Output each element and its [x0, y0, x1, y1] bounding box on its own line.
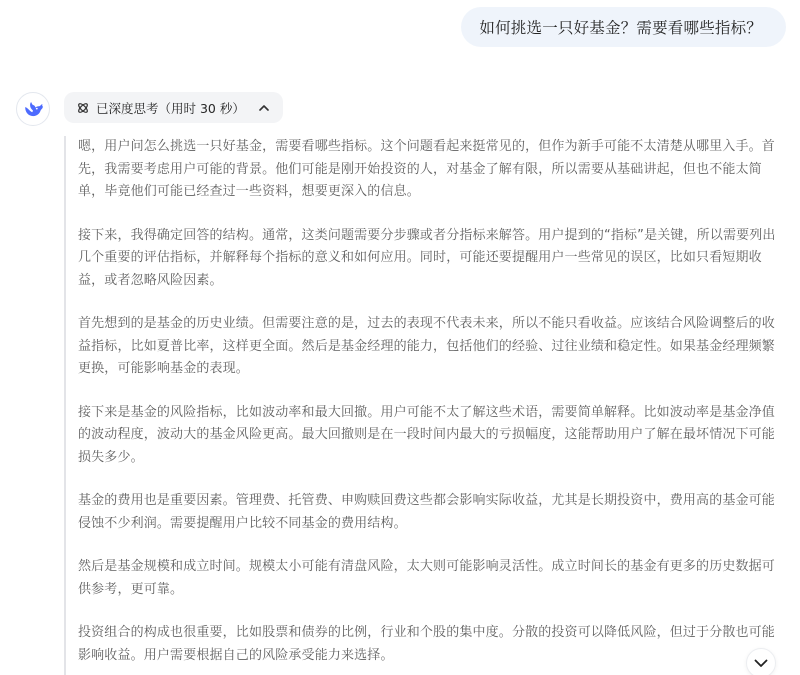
assistant-avatar — [16, 92, 50, 126]
thinking-paragraph: 接下来，我得确定回答的结构。通常，这类问题需要分步骤或者分指标来解答。用户提到的… — [78, 225, 780, 293]
thinking-paragraph: 接下来是基金的风险指标，比如波动率和最大回撤。用户可能不太了解这些术语，需要简单… — [78, 402, 780, 470]
whale-logo-icon — [22, 100, 44, 118]
deep-thinking-label: 已深度思考（用时 30 秒） — [96, 99, 245, 117]
user-message-bubble: 如何挑选一只好基金？需要看哪些指标？ — [461, 7, 786, 47]
scroll-to-bottom-button[interactable] — [746, 648, 776, 675]
atom-icon — [76, 101, 90, 115]
thinking-content: 嗯，用户问怎么挑选一只好基金，需要看哪些指标。这个问题看起来挺常见的，但作为新手… — [64, 136, 784, 675]
chevron-down-icon — [754, 659, 768, 668]
thinking-paragraph: 首先想到的是基金的历史业绩。但需要注意的是，过去的表现不代表未来，所以不能只看收… — [78, 313, 780, 381]
thinking-paragraph: 基金的费用也是重要因素。管理费、托管费、申购赎回费这些都会影响实际收益，尤其是长… — [78, 490, 780, 535]
deep-thinking-toggle[interactable]: 已深度思考（用时 30 秒） — [64, 92, 283, 123]
thinking-paragraph: 嗯，用户问怎么挑选一只好基金，需要看哪些指标。这个问题看起来挺常见的，但作为新手… — [78, 136, 780, 204]
chevron-up-icon — [259, 104, 269, 111]
user-message-text: 如何挑选一只好基金？需要看哪些指标？ — [479, 16, 762, 38]
thinking-paragraph: 投资组合的构成也很重要，比如股票和债券的比例，行业和个股的集中度。分散的投资可以… — [78, 622, 780, 667]
thinking-paragraph: 然后是基金规模和成立时间。规模太小可能有清盘风险，太大则可能影响灵活性。成立时间… — [78, 556, 780, 601]
